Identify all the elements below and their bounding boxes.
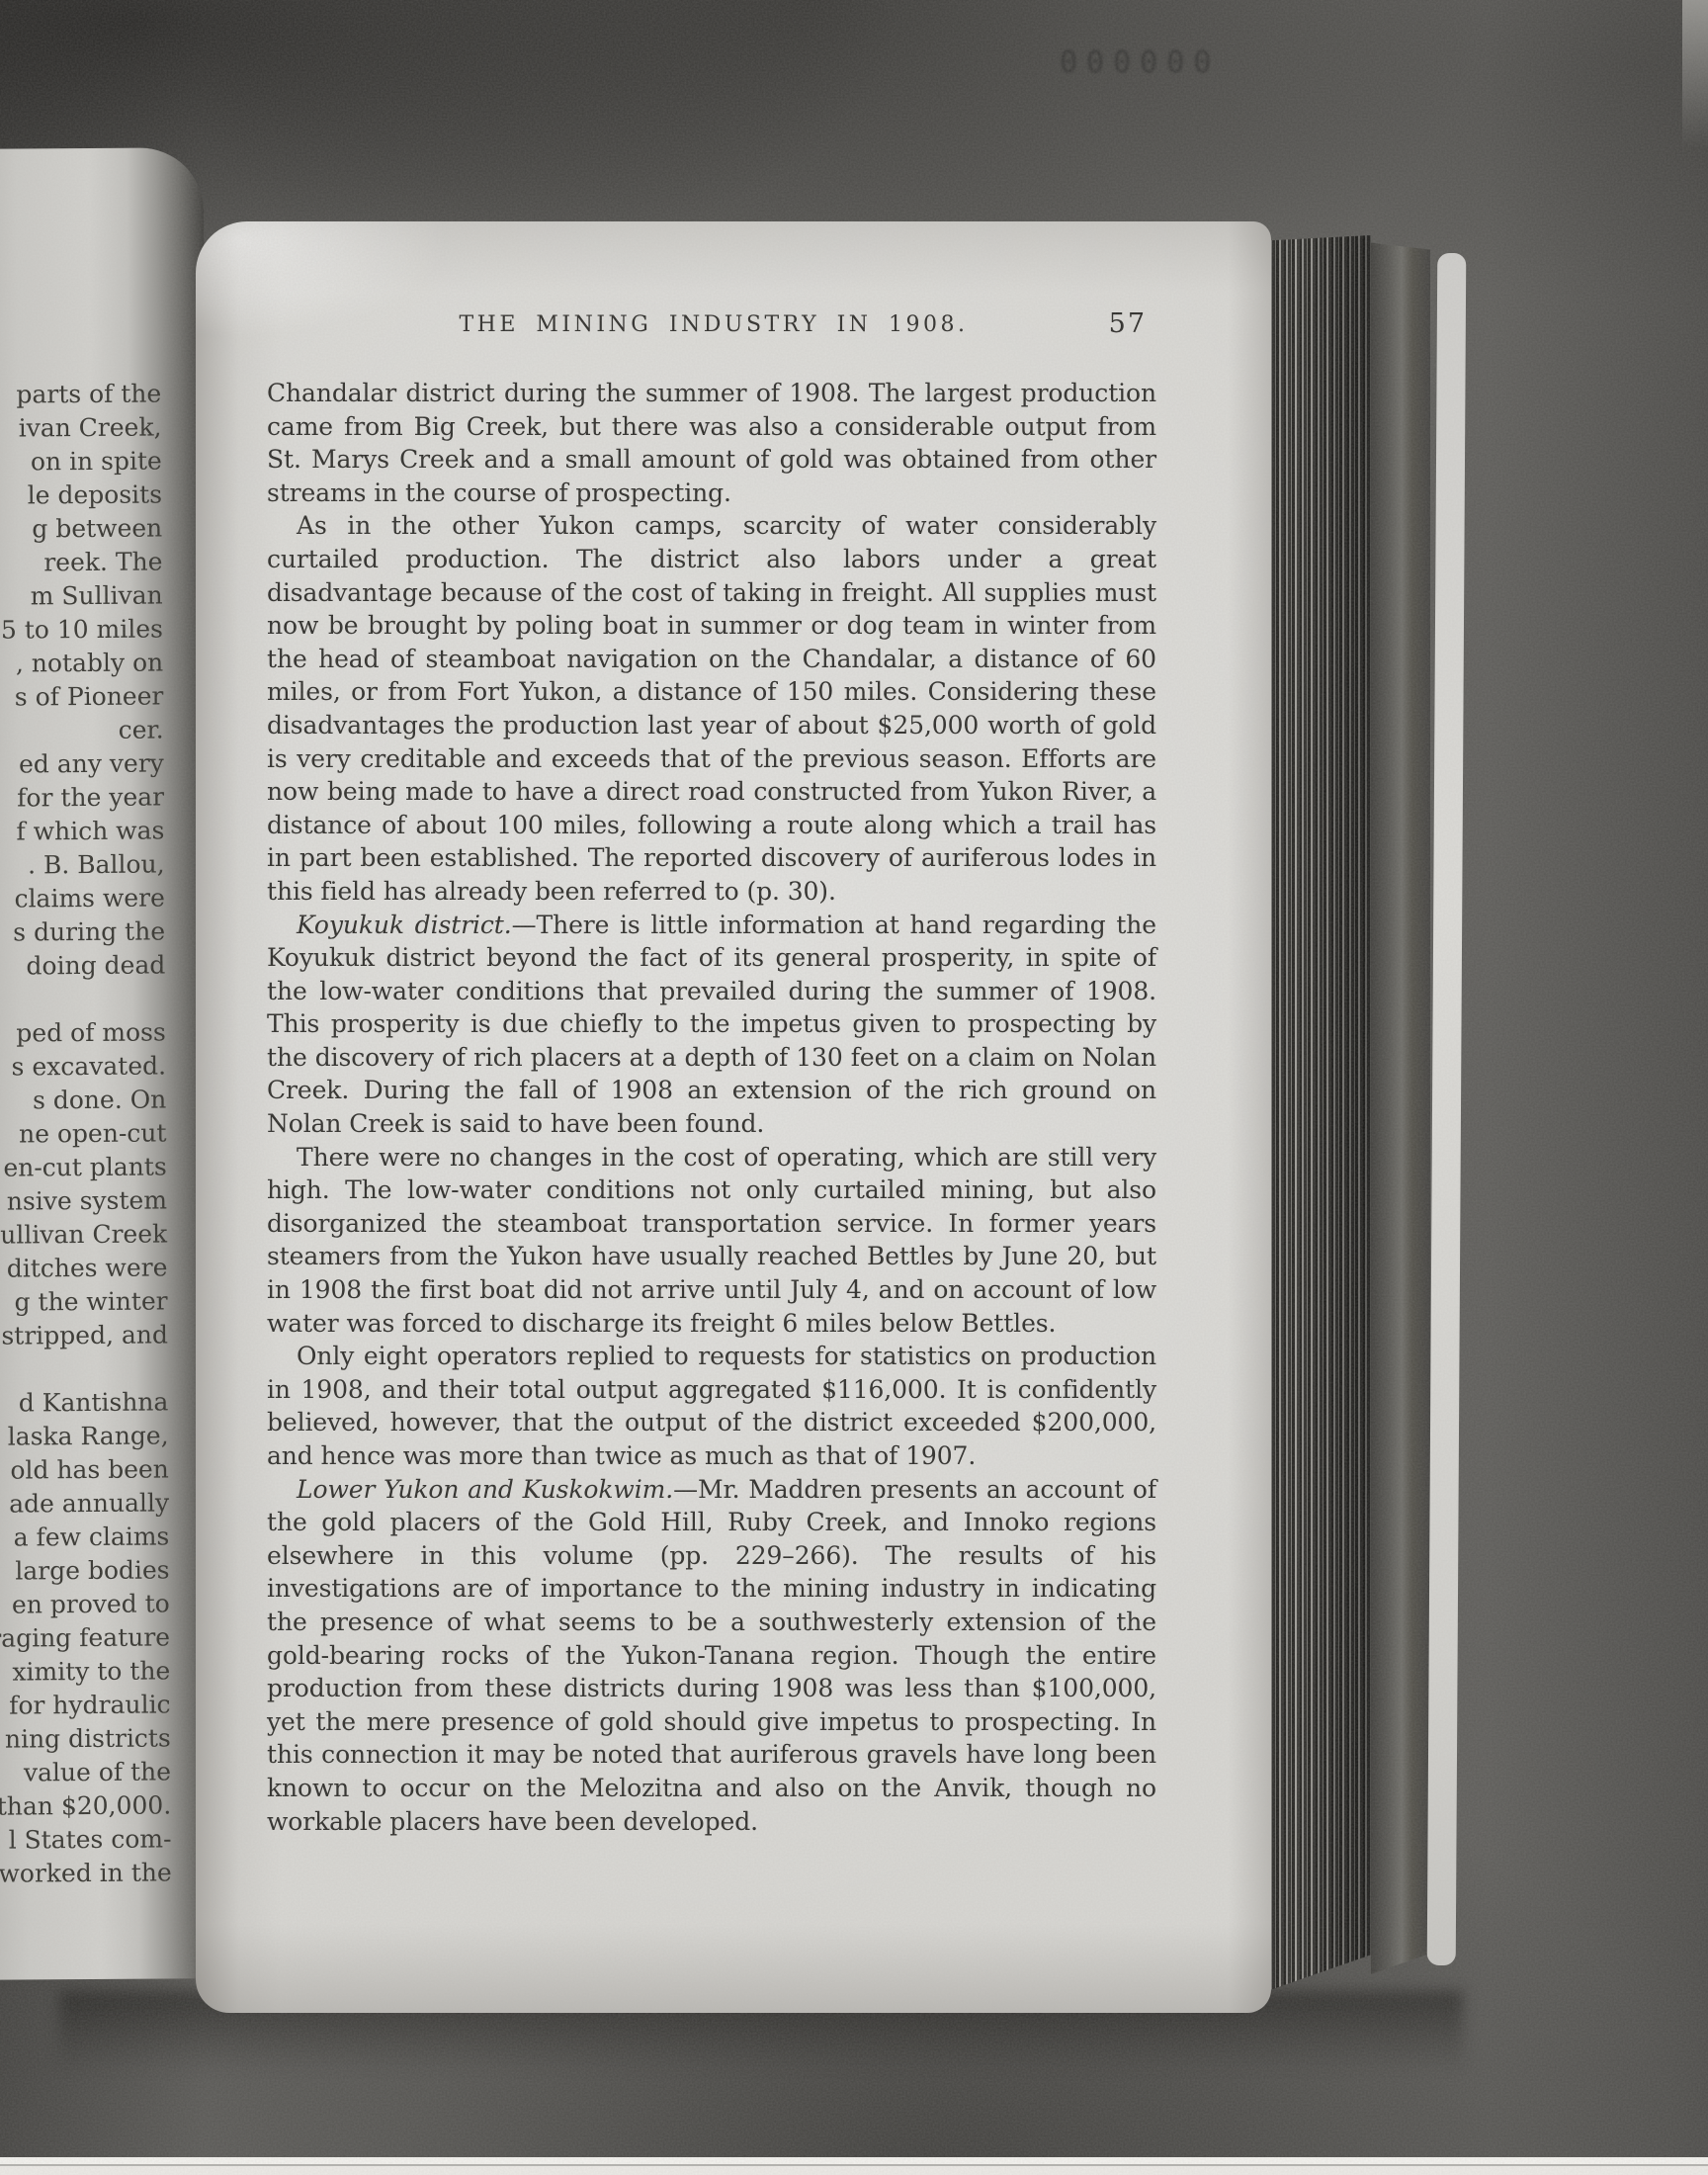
left-page-text-fragment: s of Pioneer <box>0 679 164 714</box>
left-page-text-fragment: ne open-cut <box>0 1116 167 1151</box>
left-page-text-fragment: d Kantishna <box>0 1385 169 1420</box>
left-page-text-fragment: ed any very <box>0 746 164 781</box>
left-page-text-fragment: s excavated. <box>0 1049 166 1084</box>
left-page-text-fragment: nsive system <box>0 1183 167 1218</box>
left-page-text-fragment: value of the <box>0 1755 171 1789</box>
body-paragraph: As in the other Yukon camps, scarcity of… <box>267 509 1156 908</box>
left-page-text-fragment: s during the <box>0 914 165 949</box>
book-cover-edge <box>1427 253 1467 1965</box>
left-page-text-fragment: claims were <box>0 881 165 915</box>
left-page-text-fragment: on in spite <box>0 444 162 478</box>
left-page-text-fragment: l States com- <box>0 1822 172 1857</box>
left-page-curled-edge: parts of theivan Creek,on in spitele dep… <box>0 147 215 1980</box>
left-page-text-fragment: g the winter <box>0 1284 168 1319</box>
left-page-text-fragment: ximity to the <box>0 1654 170 1689</box>
left-page-text-fragment: ditches were <box>0 1251 168 1285</box>
left-page-text-fragment: laska Range, <box>0 1419 169 1453</box>
faint-stamp-000000: 000000 <box>1060 45 1220 80</box>
scan-background: 000000 parts of theivan Creek,on in spit… <box>0 0 1708 2175</box>
left-page-text-fragment: . B. Ballou, <box>0 847 165 882</box>
left-page-text-fragment: ped of moss <box>0 1015 166 1050</box>
left-page-fragment-gap <box>0 1351 168 1386</box>
left-page-text-fragment: f which was <box>0 814 164 848</box>
left-page-text-fragment: ivan Creek, <box>0 410 162 445</box>
left-page-text-fragment: ullivan Creek <box>0 1217 167 1252</box>
paragraph-lead-italic: Lower Yukon and Kuskokwim. <box>297 1475 673 1504</box>
left-page-text-fragment: large bodies <box>0 1553 170 1588</box>
left-page-text-fragment: stripped, and <box>0 1318 168 1352</box>
left-page-text-fragment: en proved to <box>0 1587 170 1621</box>
body-paragraph: Lower Yukon and Kuskokwim.—Mr. Maddren p… <box>267 1473 1156 1839</box>
page-number: 57 <box>1109 308 1147 339</box>
left-page-text-fragment: m Sullivan <box>0 578 163 613</box>
left-page-text-fragment: 5 to 10 miles <box>0 612 163 647</box>
page-body: Chandalar district during the summer of … <box>267 377 1156 1838</box>
book-page: THE MINING INDUSTRY IN 1908. 57 Chandala… <box>196 221 1271 2013</box>
left-page-text-fragment: cer. <box>0 713 164 747</box>
left-page-text-fragment: doing dead <box>0 948 165 983</box>
left-page-text-fragment: reek. The <box>0 545 163 579</box>
body-paragraph: There were no changes in the cost of ope… <box>267 1141 1156 1341</box>
body-paragraph: Chandalar district during the summer of … <box>267 377 1156 509</box>
left-page-text-fragment: ning districts <box>0 1721 171 1756</box>
left-page-text-fragment: old has been <box>0 1452 169 1487</box>
body-paragraph: Only eight operators replied to requests… <box>267 1340 1156 1472</box>
left-page-text-fragment: s done. On <box>0 1083 166 1117</box>
left-page-text-fragment: for hydraulic <box>0 1688 171 1722</box>
left-page-text-fragment: a few claims <box>0 1520 169 1554</box>
running-header-title: THE MINING INDUSTRY IN 1908. <box>267 312 1160 337</box>
body-paragraph: Koyukuk district.—There is little inform… <box>267 909 1156 1141</box>
left-page-fragment-gap <box>0 982 166 1016</box>
left-page-fragments: parts of theivan Creek,on in spitele dep… <box>0 377 172 1890</box>
running-header: THE MINING INDUSTRY IN 1908. 57 <box>267 312 1160 346</box>
left-page-text-fragment: raging feature <box>0 1620 170 1655</box>
fanned-page-edges <box>1268 235 1371 1997</box>
left-page-text-fragment: for the year <box>0 780 164 815</box>
scan-edge-highlight <box>1682 0 1708 148</box>
left-page-text-fragment: ade annually <box>0 1486 169 1521</box>
left-page-text-fragment: , notably on <box>0 646 163 680</box>
left-page-text-fragment: le deposits <box>0 478 162 512</box>
paragraph-lead-italic: Koyukuk district. <box>297 911 512 939</box>
left-page-text-fragment: than $20,000. <box>0 1788 171 1823</box>
left-page-text-fragment: g between <box>0 511 162 546</box>
fanned-edges-shadow-band <box>1371 239 1430 1981</box>
left-page-text-fragment: parts of the <box>0 377 161 411</box>
left-page-text-fragment: en-cut plants <box>0 1150 167 1184</box>
scanner-edge-strip <box>0 2157 1708 2175</box>
left-page-text-fragment: worked in the <box>0 1856 172 1890</box>
